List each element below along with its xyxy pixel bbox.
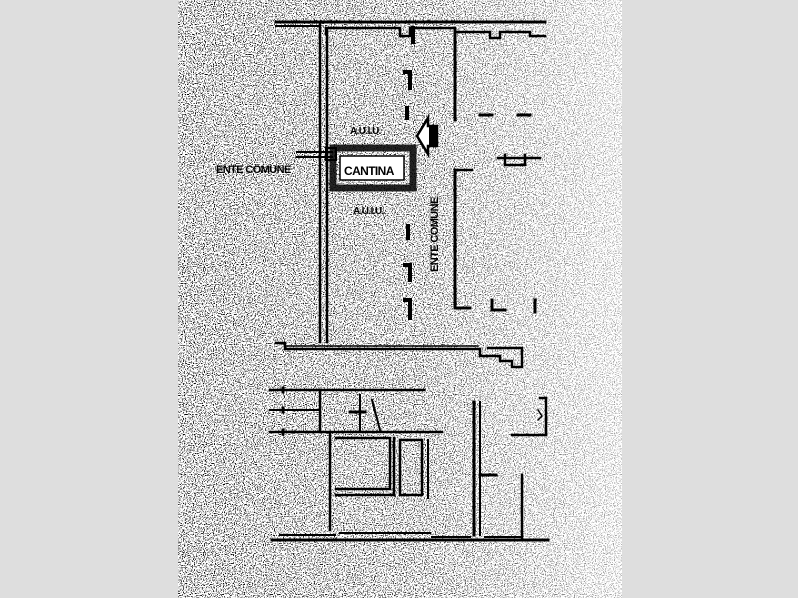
label-aulu-bottom: A.U.I.U. <box>353 206 385 217</box>
floor-plan-sheet: ENTE COMUNE CANTINA A.U.I.U. A.U.I.U. EN… <box>178 0 622 598</box>
label-ente-comune-vertical: ENTE COMUNE <box>429 197 441 272</box>
label-cantina: CANTINA <box>344 164 395 178</box>
label-ente-comune-left: ENTE COMUNE <box>216 164 291 176</box>
floor-plan-drawing: ENTE COMUNE CANTINA A.U.I.U. A.U.I.U. EN… <box>178 0 622 598</box>
label-aulu-top: A.U.I.U. <box>350 126 382 137</box>
scan-noise <box>178 0 622 598</box>
